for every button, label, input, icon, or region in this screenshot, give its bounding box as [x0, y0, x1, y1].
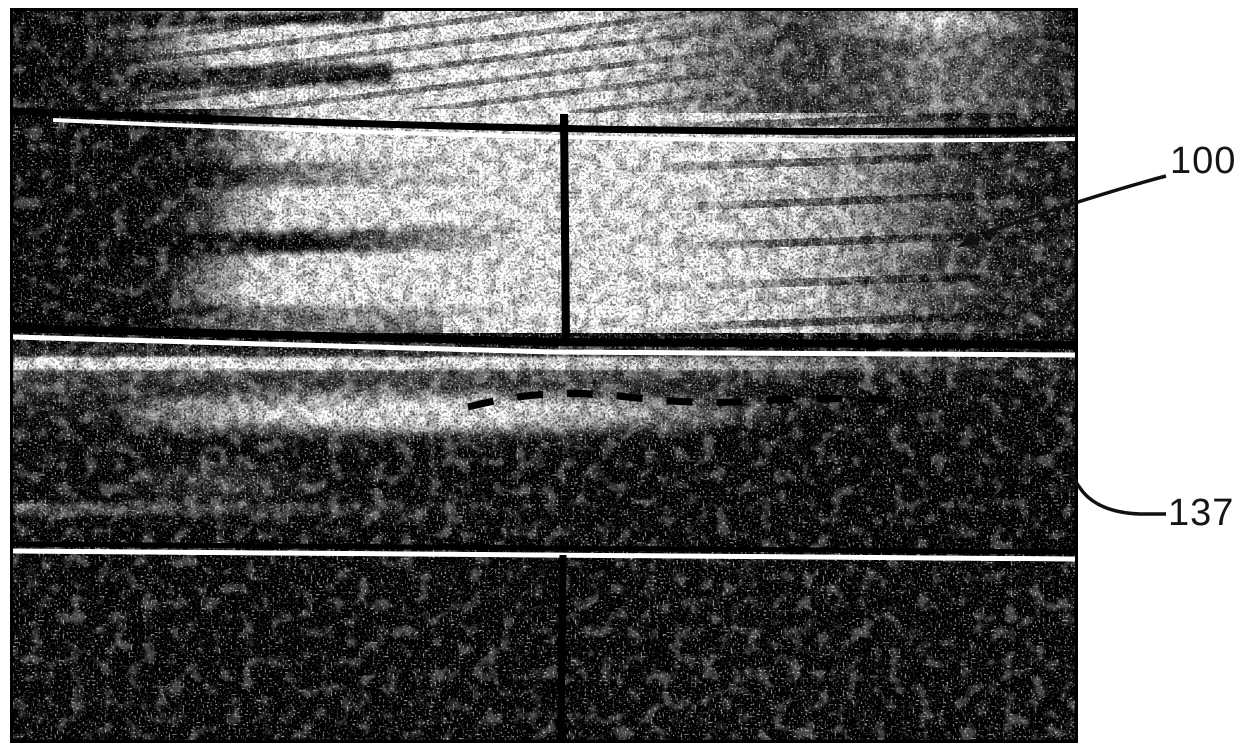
- vertical-seam-row2: [564, 114, 566, 345]
- dashed-reference-line: [468, 393, 890, 407]
- vertical-seam-row4: [561, 555, 563, 740]
- figure-canvas: 100 137: [0, 0, 1240, 752]
- plank-seams-overlay: [13, 11, 1075, 740]
- reference-numeral-100: 100: [1170, 142, 1236, 180]
- horizontal-seam-1: [13, 111, 1075, 131]
- leader-line-137: [1066, 462, 1166, 514]
- reference-numeral-137: 137: [1168, 494, 1234, 532]
- flooring-photo: [10, 8, 1078, 743]
